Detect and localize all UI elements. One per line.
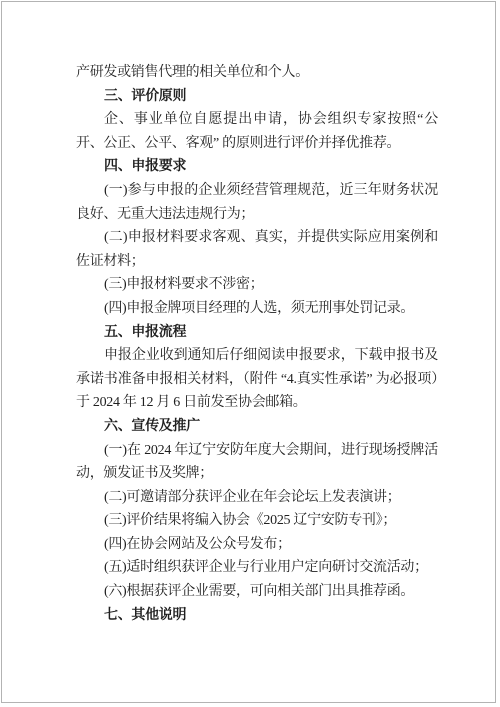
paragraph: (五)适时组织获评企业与行业用户定向研讨交流活动； — [76, 556, 438, 580]
section-heading: 四、申报要求 — [76, 155, 438, 179]
document-body: 产研发或销售代理的相关单位和个人。三、评价原则企、事业单位自愿提出申请，协会组织… — [76, 61, 438, 627]
paragraph: (三)评价结果将编入协会《2025 辽宁安防专刊》； — [76, 509, 438, 533]
paragraph: (二)申报材料要求客观、真实，并提供实际应用案例和佐证材料； — [76, 226, 438, 273]
paragraph: (一)参与申报的企业须经营管理规范，近三年财务状况良好、无重大违法违规行为； — [76, 179, 438, 226]
paragraph: (六)根据获评企业需要，可向相关部门出具推荐函。 — [76, 580, 438, 604]
paragraph: (四)申报金牌项目经理的人选，须无刑事处罚记录。 — [76, 297, 438, 321]
paragraph: (三)申报材料要求不涉密； — [76, 273, 438, 297]
paragraph: 企、事业单位自愿提出申请，协会组织专家按照“公开、公正、公平、客观” 的原则进行… — [76, 108, 438, 155]
section-heading: 三、评价原则 — [76, 85, 438, 109]
paragraph: (四)在协会网站及公众号发布； — [76, 533, 438, 557]
section-heading: 六、宣传及推广 — [76, 415, 438, 439]
section-heading: 五、申报流程 — [76, 321, 438, 345]
paragraph: (一)在 2024 年辽宁安防年度大会期间，进行现场授牌活动，颁发证书及奖牌； — [76, 439, 438, 486]
paragraph: (二)可邀请部分获评企业在年会论坛上发表演讲； — [76, 486, 438, 510]
paragraph: 产研发或销售代理的相关单位和个人。 — [76, 61, 438, 85]
document-page: 产研发或销售代理的相关单位和个人。三、评价原则企、事业单位自愿提出申请，协会组织… — [1, 1, 496, 703]
paragraph: 申报企业收到通知后仔细阅读申报要求，下载申报书及承诺书准备申报相关材料，（附件 … — [76, 344, 438, 415]
section-heading: 七、其他说明 — [76, 604, 438, 628]
